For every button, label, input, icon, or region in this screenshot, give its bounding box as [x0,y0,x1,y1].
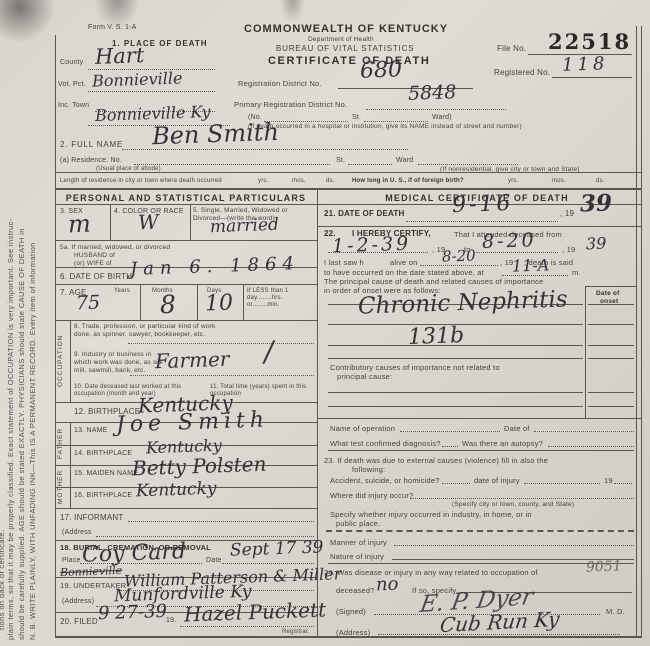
yrs-label: yrs. [508,178,518,185]
registration-district-value: 680 [360,59,403,82]
date-of-birth-label: 6. DATE OF BIRTH [60,272,132,282]
form-left-border [55,35,56,638]
where-injury-note: (Specify city or town, county, and State… [452,501,574,509]
margin-note-line-1: N. B. WRITE PLAINLY, WITH UNFADING INK—T… [28,30,37,640]
form-right-border-inner [636,26,637,638]
days-value: 10 [205,293,234,316]
fill-line [96,536,314,537]
fill-line [418,164,518,165]
test-label: What test confirmed diagnosis? [330,439,441,448]
hospital-note: (If death occurred in a hospital or inst… [248,123,522,131]
color-race-value: W [138,212,159,233]
row-line [55,508,317,509]
fill-line [222,563,314,564]
age-value: 75 [76,294,101,314]
fill-line [348,164,392,165]
primary-district-value: 5848 [408,83,457,104]
operation-label: Name of operation [330,424,395,433]
mother-birthplace-value: Kentucky [136,481,217,501]
signed-label: (Signed) [336,607,366,616]
row-line [55,320,317,321]
length-of-residence-label: Length of residence in city or town wher… [60,178,222,185]
principal-cause-label-1: The principal cause of death and related… [324,277,543,286]
date-of-death-label: 21. DATE OF DEATH [324,209,404,219]
physician-address-label: (Address) [336,628,370,637]
fill-line [134,164,330,165]
attended-to-value: 8-20 [482,231,537,252]
nature-of-injury-label: Nature of injury [330,552,384,561]
mos-label: mos. [292,178,306,185]
husband-of-label2: HUSBAND of [74,252,115,260]
occupation-related-label: 24. Was disease or injury in any way rel… [324,568,538,577]
informant-label: 17. INFORMANT [60,513,124,523]
father-vertical-label: FATHER [57,424,64,463]
mother-maiden-name-label: 15. MAIDEN NAME [74,470,138,478]
md-label: M. D. [606,607,625,616]
file-no-value: 22518 [548,29,631,54]
margin-note-line-4: tions on back of certificate. [0,300,6,630]
last-saw-label-1: I last saw h [324,258,364,267]
cause-line [328,358,583,359]
code-annotation-value: 9051 [586,559,622,574]
mother-birthplace-label: 16. BIRTHPLACE [74,492,132,500]
last-saw-value: 8-20 [442,248,476,264]
manner-of-injury-label: Manner of injury [330,538,387,547]
fill-line [548,446,634,447]
form-number: Form V. S. 1-A [88,24,136,32]
full-name-value: Ben Smith [152,120,280,148]
margin-note-line-2: should be carefully supplied. AGE should… [17,30,26,640]
fill-line [442,483,470,484]
fill-line [552,77,632,78]
industry-label: 9. Industry or business in which work wa… [74,351,166,374]
fill-line [128,343,314,344]
fill-line [366,109,506,110]
fill-line [88,91,215,92]
last-saw-label-2: alive on [390,258,417,267]
deceased-label: deceased? [336,586,375,595]
fill-line [400,431,500,432]
fill-line [180,626,314,627]
specify-label-2: public place. [336,519,380,528]
years-label: Years [114,288,130,295]
fill-line [410,498,634,499]
rule [328,450,634,451]
trade-label: 8. Trade, profession, or particular kind… [74,323,222,339]
residence-label: (a) Residence. No. [60,157,122,165]
injury-year-label: 19 [604,476,613,485]
blank-line [328,392,583,393]
fill-line [128,521,314,522]
father-name-label: 13. NAME [74,427,108,435]
st-label: St. [352,114,361,122]
full-name-label: 2. FULL NAME [60,140,123,150]
primary-district-label: Primary Registration District No. [234,100,347,109]
where-injury-label: Where did injury occur? [330,491,413,500]
how-long-us-label: How long in U. S., if of foreign birth? [352,178,464,185]
operation-date-label: Date of [504,424,530,433]
county-label: County [60,59,83,67]
contributory-label-2: principal cause: [337,372,392,381]
occupation-strip-divider [70,320,71,402]
rule-heavy [55,188,641,190]
fill-line [406,221,558,222]
husband-of-label: 5a. If married, widowed, or divorced [60,244,170,252]
occupation-related-value: no [376,576,399,595]
date-of-birth-value: Jan 6. 1864 [130,255,300,279]
date-of-death-year-label: , 19 [560,209,574,219]
fill-line [130,375,314,376]
cause-of-death-value: Chronic Nephritis [358,288,568,318]
fill-line [476,252,558,253]
onset-line [588,304,634,305]
cell-divider [243,284,244,320]
filed-year-label: 19. [166,617,176,625]
county-value: Hart [95,45,145,68]
specify-label-1: Specify whether injury occurred in indus… [330,510,532,519]
fill-line [328,252,428,253]
physician-address-value: Cub Run Ky [439,609,561,635]
date-of-death-year-value: 39 [580,191,613,215]
contributory-label-1: Contributory causes of importance not re… [330,363,500,372]
fill-line [364,121,428,122]
form-right-border-outer [641,26,642,638]
occupation-vertical-label: OCCUPATION [57,322,64,400]
onset-box-top [585,286,636,287]
external-causes-label-2: following: [352,465,385,474]
industry-value: Farmer [155,349,230,372]
filed-date-value: 9 27-39 [98,603,168,623]
separator-dashed [326,530,634,532]
row-line [55,284,317,285]
onset-label-1: Date of [596,290,619,298]
inc-town-label: Inc. Town [58,102,89,110]
attended-from-value: 1-2-39 [332,235,412,257]
burial-place-label: Place [62,557,81,565]
marital-value: married [210,217,279,236]
onset-line [588,406,634,407]
occurred-label-1: to have occurred on the date stated abov… [324,268,484,277]
registered-no-value: 118 [562,55,609,75]
death-certificate-scan: N. B. WRITE PLAINLY, WITH UNFADING INK—T… [0,0,650,646]
undertaker-address-label: (Address) [62,598,94,606]
filed-label: 20. FILED [60,617,98,627]
row-line [55,240,317,241]
bureau-subtitle: BUREAU OF VITAL STATISTICS [276,44,414,54]
file-no-label: File No. [497,44,526,54]
father-birthplace-label: 14. BIRTHPLACE [74,450,132,458]
registration-district-label: Registration District No. [238,79,322,88]
fill-line [378,634,620,635]
father-name-value: Joe Smith [116,409,270,436]
months-value: 8 [160,292,177,318]
department-subtitle: Department of Health [308,36,374,44]
residence-st-label: St. [336,157,345,165]
cell-divider [197,284,198,320]
external-causes-label-1: 23. If death was due to external causes … [324,456,548,465]
onset-line [588,324,634,325]
cause-line [328,345,583,346]
rule [55,172,641,173]
fill-line [534,431,634,432]
sex-value: m [68,212,92,237]
ds-label: ds. [326,178,335,185]
row-line [317,418,641,419]
fill-line [524,483,600,484]
ward-label: Ward) [432,114,452,122]
fill-line [442,446,458,447]
registrar-signature: Hazel Puckett [184,600,327,625]
registered-no-label: Registered No. [494,68,550,78]
cell-divider [140,284,141,320]
father-strip-divider [70,422,71,465]
fill-line [614,483,632,484]
certificate-title: CERTIFICATE OF DEATH [268,55,430,68]
left-section-title: PERSONAL AND STATISTICAL PARTICULARS [55,193,317,204]
mother-maiden-name-value: Betty Polsten [132,454,267,479]
ds-label: ds. [596,178,605,185]
margin-note-line-3: plain terms, so that it may be properly … [6,30,15,640]
onset-box-divider [585,286,586,418]
burial-date-label: Date [206,557,222,565]
time-of-death-value: 11-A [512,257,550,274]
fill-line [420,265,498,266]
onset-line [588,345,634,346]
burial-date-value: Sept 17 39 [230,539,324,559]
occurred-label-2: m. [572,268,581,277]
accident-label: Accident, suicide, or homicide? [330,476,440,485]
cell-divider [190,204,191,240]
injury-date-label: date of injury [474,476,520,485]
precinct-label: Vot. Pct. [58,81,86,89]
rule [55,204,641,205]
onset-line [588,392,634,393]
commonwealth-title: COMMONWEALTH OF KENTUCKY [244,23,448,36]
precinct-value: Bonnieville [92,70,183,89]
onset-line [588,358,634,359]
mos-label: mos. [552,178,566,185]
cell-divider [110,204,111,240]
yrs-label: yrs. [258,178,268,185]
year-b-scribble: 39 [586,236,607,253]
blank-line [328,406,583,407]
autopsy-label: Was there an autopsy? [462,439,543,448]
row-line [317,226,641,227]
residence-ward-label: Ward [396,157,413,165]
fill-line [122,149,408,150]
fill-line [394,545,634,546]
if-less-than-label: If LESS than 1 day........hrs. or.......… [247,288,313,310]
year-b-label: , 19 [562,245,575,254]
handwritten-slash: / [264,338,274,366]
date-of-death-value: 9-16 [452,193,514,217]
registrar-label: Registrar. [282,629,310,636]
informant-address-label: (Address [62,529,92,537]
